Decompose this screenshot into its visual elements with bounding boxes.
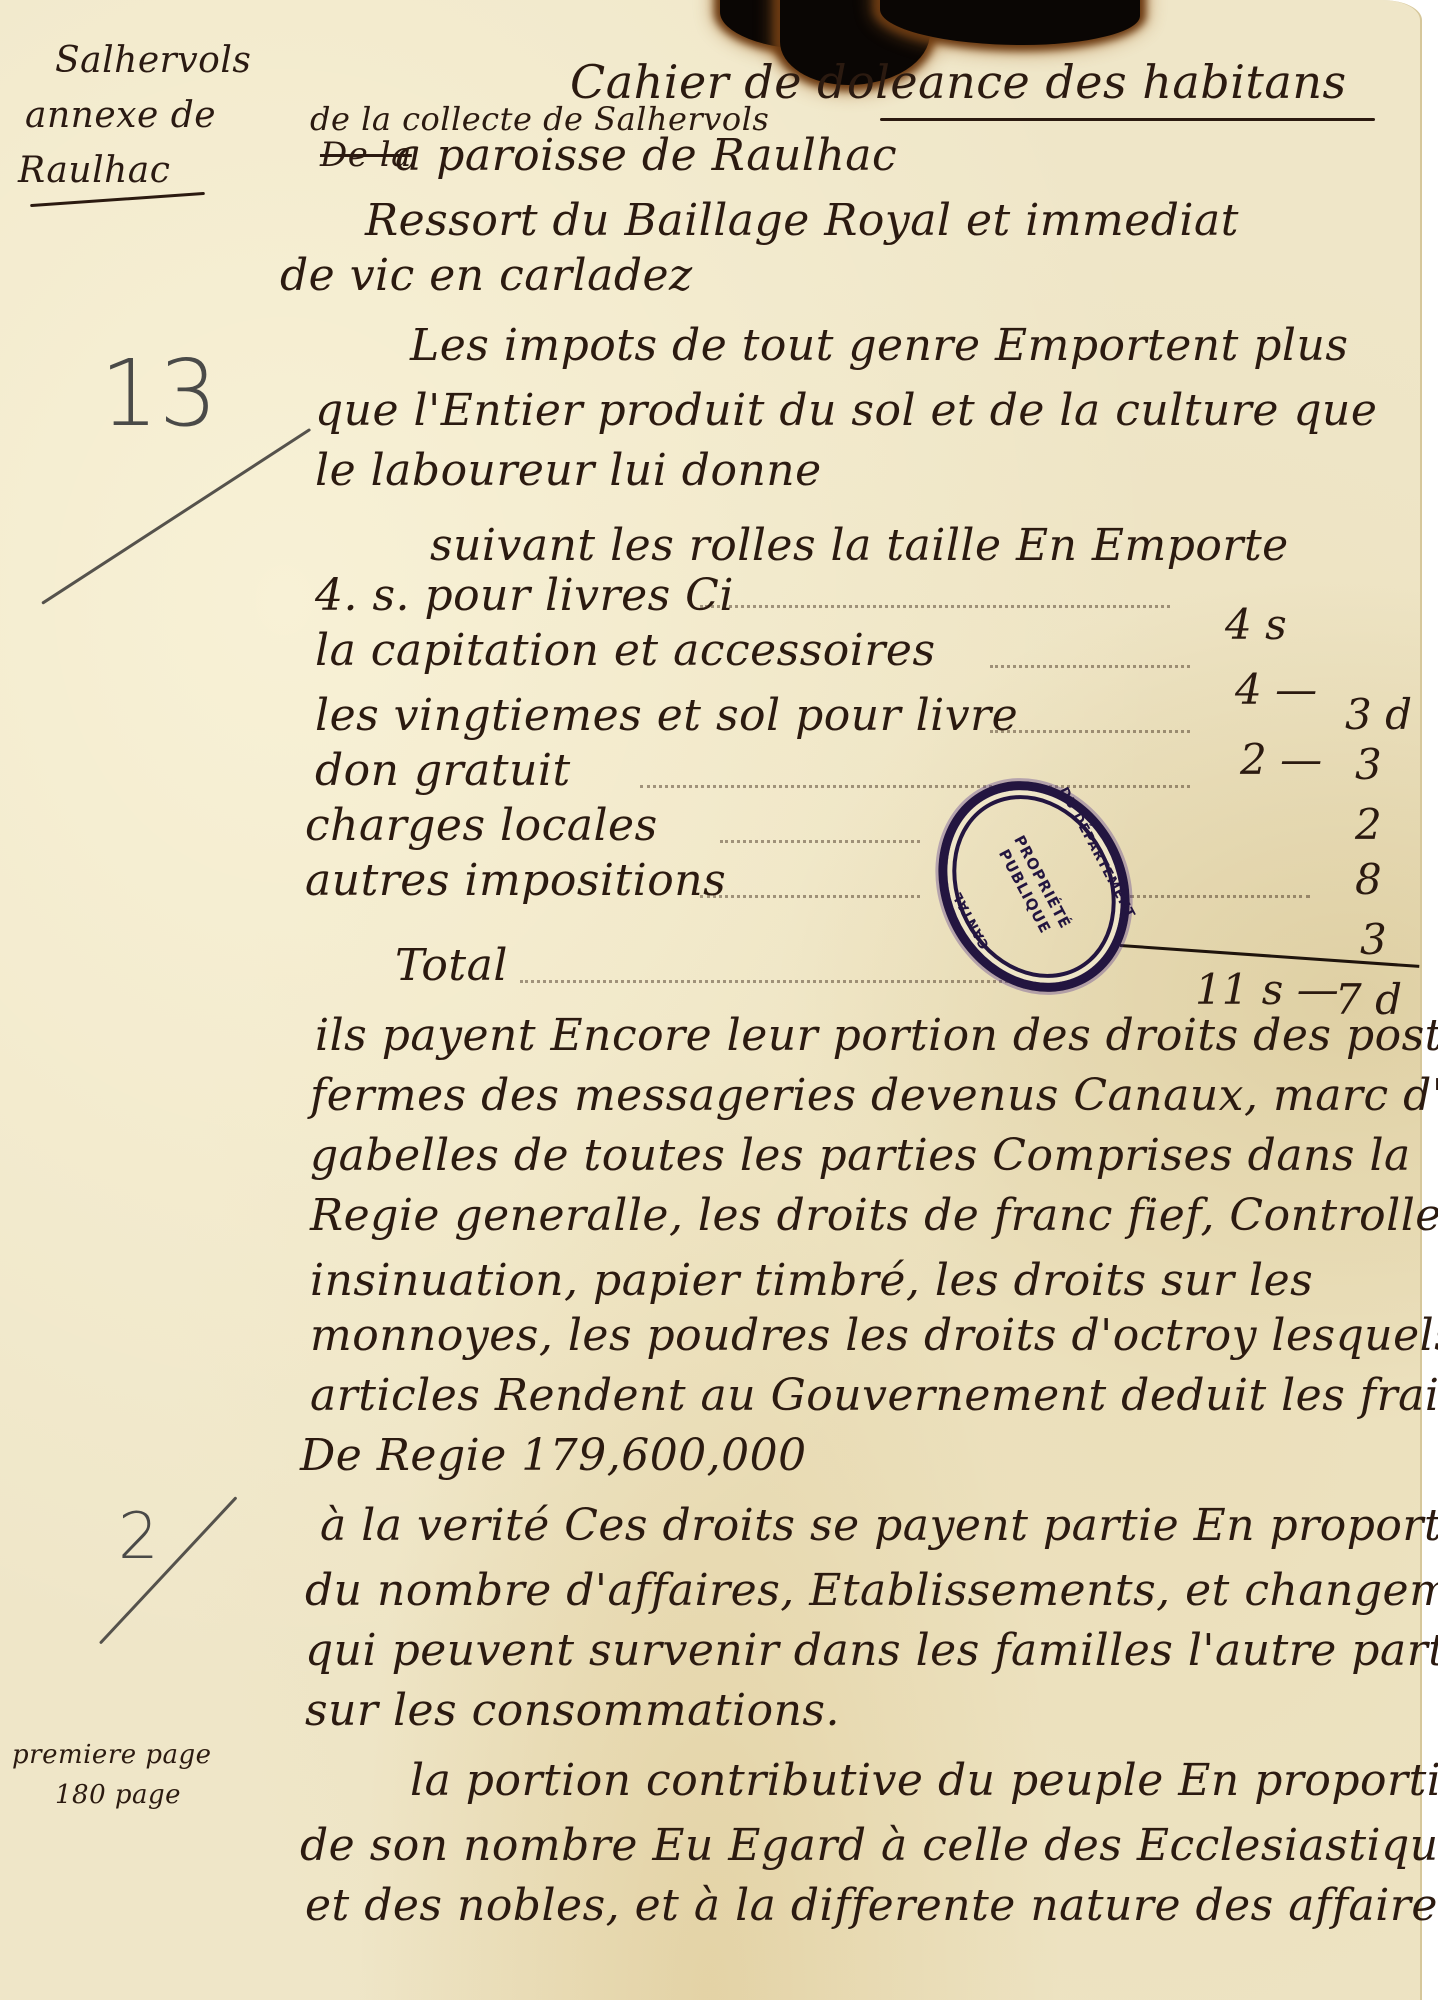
para3-line-6: monnoyes, les poudres les droits d'octro… bbox=[310, 1310, 1438, 1361]
ledger-row-label: la capitation et accessoires bbox=[315, 625, 936, 676]
para1-line-3: le laboureur lui donne bbox=[315, 445, 822, 496]
margin-note-salhervols: Salhervols bbox=[55, 40, 251, 81]
ledger-deniers: 3 d bbox=[1345, 690, 1412, 739]
title-line-2: a paroisse de Raulhac bbox=[395, 130, 897, 181]
para3-line-2: fermes des messageries devenus Canaux, m… bbox=[310, 1070, 1438, 1121]
ledger-row-label: don gratuit bbox=[315, 745, 571, 796]
para1-line-2: que l'Entier produit du sol et de la cul… bbox=[315, 385, 1377, 436]
ledger-livres: 4 — bbox=[1235, 665, 1317, 714]
stamp-ring-top: DU DÉPARTEMENT bbox=[1056, 785, 1138, 922]
para3-line-8: De Regie 179,600,000 bbox=[300, 1430, 807, 1481]
para3-line-4: Regie generalle, les droits de franc fie… bbox=[310, 1190, 1438, 1241]
ledger-leader bbox=[720, 840, 920, 843]
ledger-deniers: 2 bbox=[1355, 800, 1382, 849]
title-underline bbox=[880, 118, 1375, 121]
margin-note-underline bbox=[30, 192, 205, 207]
ledger-row-label: autres impositions bbox=[305, 855, 726, 906]
manuscript-page: Salhervols annexe de Raulhac Cahier de d… bbox=[0, 0, 1422, 2000]
pencil-slash-1 bbox=[41, 428, 311, 605]
para5-line-2: de son nombre Eu Egard à celle des Eccle… bbox=[300, 1820, 1438, 1871]
para4-line-1: à la verité Ces droits se payent partie … bbox=[320, 1500, 1438, 1551]
para4-line-4: sur les consommations. bbox=[305, 1685, 840, 1736]
margin-note-page-count: 180 page bbox=[55, 1780, 181, 1810]
para5-line-3: et des nobles, et à la differente nature… bbox=[305, 1880, 1438, 1931]
resort-line-2: de vic en carladez bbox=[280, 250, 693, 301]
ledger-total-livres: 11 s — bbox=[1195, 965, 1339, 1014]
margin-note-premiere-page: premiere page bbox=[12, 1740, 212, 1770]
stamp-ring-bottom: CANTAL bbox=[950, 889, 993, 951]
margin-note-raulhac: Raulhac bbox=[18, 150, 170, 191]
para3-line-7: articles Rendent au Gouvernement deduit … bbox=[310, 1370, 1438, 1421]
resort-line-1: Ressort du Baillage Royal et immediat bbox=[365, 195, 1239, 246]
ledger-livres: 4 s bbox=[1225, 600, 1287, 649]
ledger-livres: 2 — bbox=[1240, 735, 1322, 784]
ledger-leader bbox=[640, 785, 1190, 788]
ledger-leader bbox=[990, 730, 1190, 733]
para2-line-1: suivant les rolles la taille En Emporte bbox=[430, 520, 1289, 571]
ledger-deniers: 8 bbox=[1355, 855, 1382, 904]
para1-line-1: Les impots de tout genre Emportent plus bbox=[410, 320, 1348, 371]
archive-stamp: DU DÉPARTEMENT PROPRIÉTÉ PUBLIQUE CANTAL bbox=[902, 747, 1166, 1025]
margin-note-annexe: annexe de bbox=[25, 95, 216, 136]
ledger-leader bbox=[1130, 895, 1310, 898]
para3-line-5: insinuation, papier timbré, les droits s… bbox=[310, 1255, 1313, 1306]
pencil-page-number: 2 bbox=[118, 1500, 159, 1574]
ledger-leader bbox=[520, 980, 1080, 983]
para5-line-1: la portion contributive du peuple En pro… bbox=[410, 1755, 1438, 1806]
ledger-deniers: 3 bbox=[1355, 740, 1382, 789]
para3-line-1: ils payent Encore leur portion des droit… bbox=[315, 1010, 1438, 1061]
ledger-deniers: 3 bbox=[1360, 915, 1387, 964]
para4-line-2: du nombre d'affaires, Etablissements, et… bbox=[305, 1565, 1438, 1616]
ledger-row-label: les vingtiemes et sol pour livre bbox=[315, 690, 1018, 741]
ledger-leader bbox=[700, 605, 1170, 608]
para4-line-3: qui peuvent survenir dans les familles l… bbox=[305, 1625, 1438, 1676]
ledger-row-label: charges locales bbox=[305, 800, 658, 851]
ledger-leader bbox=[700, 895, 920, 898]
para3-line-3: gabelles de toutes les parties Comprises… bbox=[310, 1130, 1411, 1181]
ledger-leader bbox=[990, 665, 1190, 668]
ledger-row-label: 4. s. pour livres Ci bbox=[315, 570, 734, 621]
ledger-total-label: Total bbox=[395, 940, 508, 991]
pencil-folio-number: 13 bbox=[100, 340, 218, 447]
